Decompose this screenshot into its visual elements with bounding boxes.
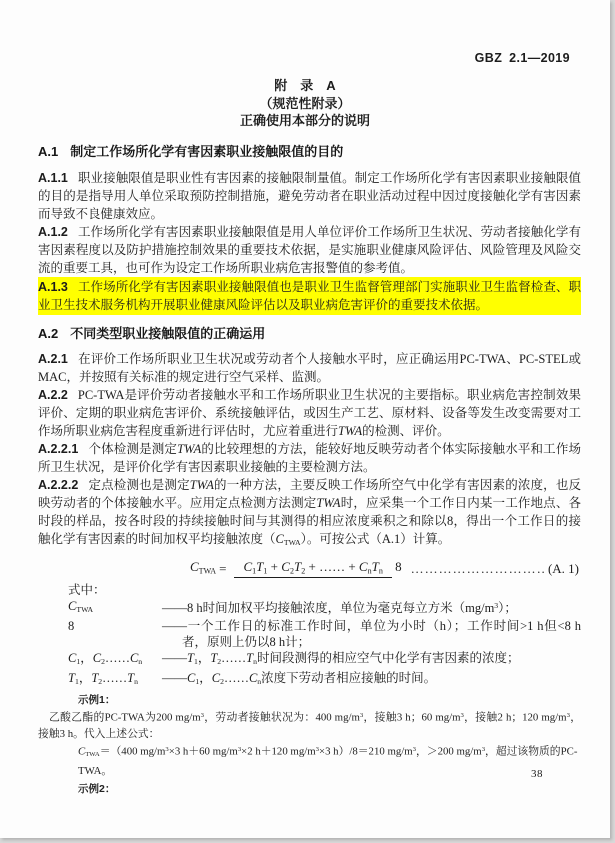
example1-formula: CTWA＝（400 mg/m3×3 h＋60 mg/m3×2 h＋120 mg/… [78, 742, 581, 779]
clause-a2-2-1: A.2.2.1个体检测是测定TWA的比较理想的方法，能较好地反映劳动者个体实际接… [38, 440, 581, 476]
definition-term: T1，T2……Tn [68, 670, 162, 690]
definition-row-t: T1，T2……Tn ——C1，C2……Cn浓度下劳动者相应接触的时间。 [68, 670, 581, 690]
clause-number: A.2.2.1 [38, 442, 78, 456]
formula-numerator: C1T1 + C2T2 + …… + CnTn [234, 559, 391, 578]
clause-number: A.2.2.2 [38, 478, 78, 492]
formula-lhs: CTWA [190, 559, 216, 578]
clause-number: A.2.2 [38, 388, 68, 402]
definition-term: C1，C2……Cn [68, 650, 162, 670]
clause-text: 职业接触限值是职业性有害因素的接触限制量值。制定工作场所化学有害因素职业接触限值… [38, 171, 581, 221]
clause-a2-2-2: A.2.2.2定点检测也是测定TWA的一种方法，主要反映工作场所空气中化学有害因… [38, 476, 581, 552]
formula-a1: CTWA = C1T1 + C2T2 + …… + CnTn 8 …………………… [190, 559, 581, 578]
formula-dot-leader: …………………………………… [411, 561, 544, 576]
section-heading-a2: A.2不同类型职业接触限值的正确运用 [38, 325, 581, 342]
clause-number: A.1.3 [38, 280, 68, 294]
section-heading-a1: A.1制定工作场所化学有害因素职业接触限值的目的 [38, 143, 581, 160]
appendix-type: （规范性附录） [0, 95, 610, 113]
standard-number: GBZ 2.1—2019 [0, 51, 610, 66]
formula-denominator: 8 [395, 556, 402, 574]
definition-row-8: 8 ——一个工作日的标准工作时间，单位为小时（h）；工作时间>1 h但<8 h者… [68, 618, 581, 650]
definition-description: ——8 h时间加权平均接触浓度，单位为毫克每立方米（mg/m3）； [162, 598, 581, 618]
formula-fraction: C1T1 + C2T2 + …… + CnTn 8 [234, 559, 401, 578]
example1-label: 示例1： [78, 692, 581, 708]
appendix-title-block: 附 录 A （规范性附录） 正确使用本部分的说明 [0, 77, 610, 130]
clause-a1-3-highlighted: A.1.3工作场所化学有害因素职业接触限值也是职业卫生监督管理部门实施职业卫生监… [38, 277, 581, 315]
definition-term: 8 [68, 618, 162, 650]
definition-row-ctwa: CTWA ——8 h时间加权平均接触浓度，单位为毫克每立方米（mg/m3）； [68, 598, 581, 618]
clause-text: 定点检测也是测定TWA的一种方法，主要反映工作场所空气中化学有害因素的浓度，也反… [38, 478, 581, 546]
formula-number: (A. 1) [548, 561, 579, 576]
page-number: 38 [531, 768, 543, 780]
where-label: 式中： [68, 582, 581, 598]
section-number: A.2 [38, 326, 58, 341]
clause-text: 在评价工作场所职业卫生状况或劳动者个人接触水平时，应正确运用PC-TWA、PC-… [38, 352, 581, 384]
clause-text: 工作场所化学有害因素职业接触限值是用人单位评价工作场所卫生状况、劳动者接触化学有… [38, 225, 581, 275]
section-title: 不同类型职业接触限值的正确运用 [70, 326, 265, 341]
definition-row-c: C1，C2……Cn ——T1，T2……Tn时间段测得的相应空气中化学有害因素的浓… [68, 650, 581, 670]
definition-description: ——C1，C2……Cn浓度下劳动者相应接触的时间。 [162, 670, 581, 690]
scan-backdrop: GBZ 2.1—2019 附 录 A （规范性附录） 正确使用本部分的说明 A.… [0, 0, 615, 843]
page-content: A.1制定工作场所化学有害因素职业接触限值的目的 A.1.1职业接触限值是职业性… [38, 143, 581, 797]
clause-a2-2: A.2.2PC-TWA是评价劳动者接触水平和工作场所职业卫生状况的主要指标。职业… [38, 386, 581, 440]
clause-a2-1: A.2.1在评价工作场所职业卫生状况或劳动者个人接触水平时，应正确运用PC-TW… [38, 350, 581, 386]
clause-text: 工作场所化学有害因素职业接触限值也是职业卫生监督管理部门实施职业卫生监督检查、职… [38, 280, 581, 312]
document-page: GBZ 2.1—2019 附 录 A （规范性附录） 正确使用本部分的说明 A.… [0, 0, 610, 838]
definition-term: CTWA [68, 598, 162, 618]
clause-text: 个体检测是测定TWA的比较理想的方法，能较好地反映劳动者个体实际接触水平和工作场… [38, 442, 581, 474]
appendix-title: 附 录 A [0, 77, 610, 95]
formula-equals: = [219, 561, 226, 576]
clause-number: A.1.1 [38, 171, 68, 185]
clause-a1-1: A.1.1职业接触限值是职业性有害因素的接触限制量值。制定工作场所化学有害因素职… [38, 169, 581, 223]
clause-text: PC-TWA是评价劳动者接触水平和工作场所职业卫生状况的主要指标。职业病危害控制… [38, 388, 581, 438]
section-number: A.1 [38, 144, 58, 159]
example2-label: 示例2： [78, 781, 581, 797]
example1-body: 乙酸乙酯的PC-TWA为200 mg/m3，劳动者接触状况为：400 mg/m3… [38, 708, 581, 741]
clause-a1-2: A.1.2工作场所化学有害因素职业接触限值是用人单位评价工作场所卫生状况、劳动者… [38, 223, 581, 277]
clause-number: A.1.2 [38, 225, 68, 239]
section-title: 制定工作场所化学有害因素职业接触限值的目的 [70, 144, 343, 159]
definition-description: ——一个工作日的标准工作时间，单位为小时（h）；工作时间>1 h但<8 h者，原… [162, 618, 581, 650]
appendix-subject: 正确使用本部分的说明 [0, 112, 610, 130]
definition-description: ——T1，T2……Tn时间段测得的相应空气中化学有害因素的浓度； [162, 650, 581, 670]
clause-number: A.2.1 [38, 352, 68, 366]
